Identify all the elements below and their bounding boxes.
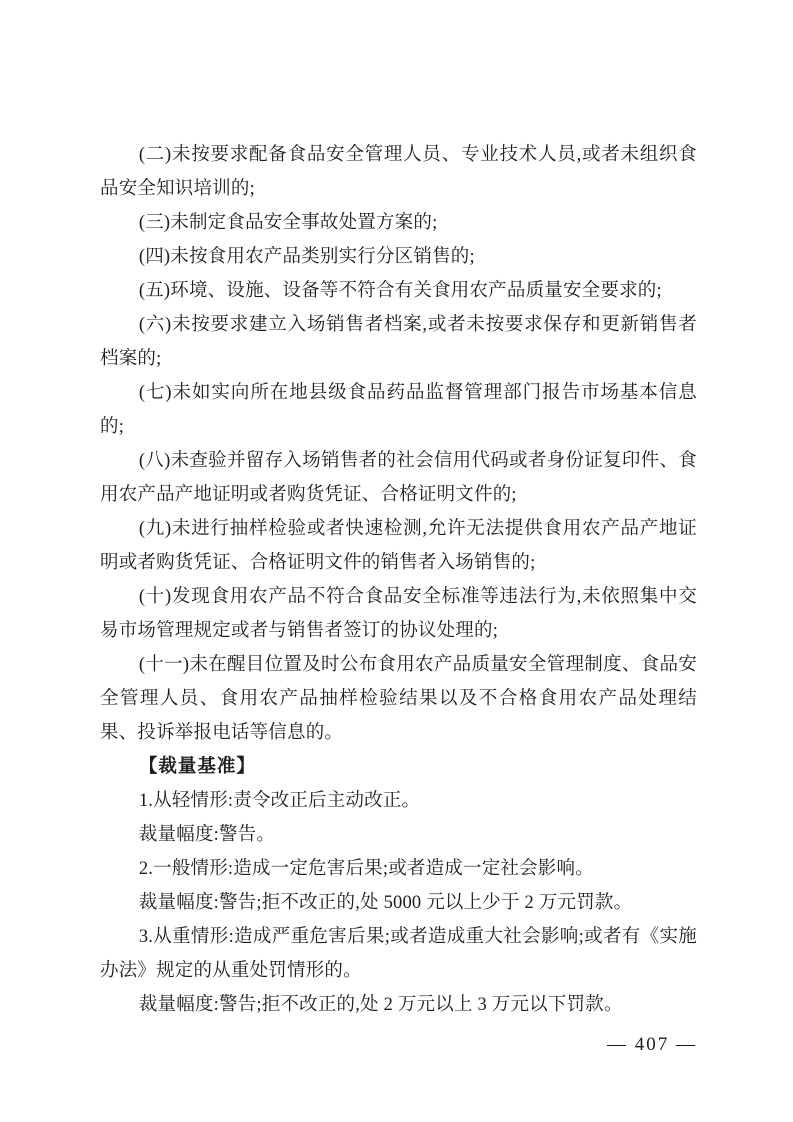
- document-body: (二)未按要求配备食品安全管理人员、专业技术人员,或者未组织食品安全知识培训的;…: [100, 138, 697, 1022]
- clause-10: (十)发现食用农产品不符合食品安全标准等违法行为,未依照集中交易市场管理规定或者…: [100, 580, 697, 648]
- clause-7: (七)未如实向所在地县级食品药品监督管理部门报告市场基本信息的;: [100, 376, 697, 444]
- clause-2: (二)未按要求配备食品安全管理人员、专业技术人员,或者未组织食品安全知识培训的;: [100, 138, 697, 206]
- section-heading-discretion-criteria: 【裁量基准】: [100, 750, 697, 784]
- general-circumstance: 2.一般情形:造成一定危害后果;或者造成一定社会影响。: [100, 852, 697, 886]
- general-discretion-range: 裁量幅度:警告;拒不改正的,处 5000 元以上少于 2 万元罚款。: [100, 886, 697, 920]
- lenient-circumstance: 1.从轻情形:责令改正后主动改正。: [100, 784, 697, 818]
- clause-4: (四)未按食用农产品类别实行分区销售的;: [100, 240, 697, 274]
- lenient-discretion-range: 裁量幅度:警告。: [100, 818, 697, 852]
- clause-8: (八)未查验并留存入场销售者的社会信用代码或者身份证复印件、食用农产品产地证明或…: [100, 444, 697, 512]
- document-page: (二)未按要求配备食品安全管理人员、专业技术人员,或者未组织食品安全知识培训的;…: [0, 0, 793, 1122]
- page-number: — 407 —: [607, 1034, 697, 1056]
- clause-6: (六)未按要求建立入场销售者档案,或者未按要求保存和更新销售者档案的;: [100, 308, 697, 376]
- severe-circumstance: 3.从重情形:造成严重危害后果;或者造成重大社会影响;或者有《实施办法》规定的从…: [100, 920, 697, 988]
- severe-discretion-range: 裁量幅度:警告;拒不改正的,处 2 万元以上 3 万元以下罚款。: [100, 988, 697, 1022]
- clause-11: (十一)未在醒目位置及时公布食用农产品质量安全管理制度、食品安全管理人员、食用农…: [100, 648, 697, 750]
- clause-9: (九)未进行抽样检验或者快速检测,允许无法提供食用农产品产地证明或者购货凭证、合…: [100, 512, 697, 580]
- clause-5: (五)环境、设施、设备等不符合有关食用农产品质量安全要求的;: [100, 274, 697, 308]
- clause-3: (三)未制定食品安全事故处置方案的;: [100, 206, 697, 240]
